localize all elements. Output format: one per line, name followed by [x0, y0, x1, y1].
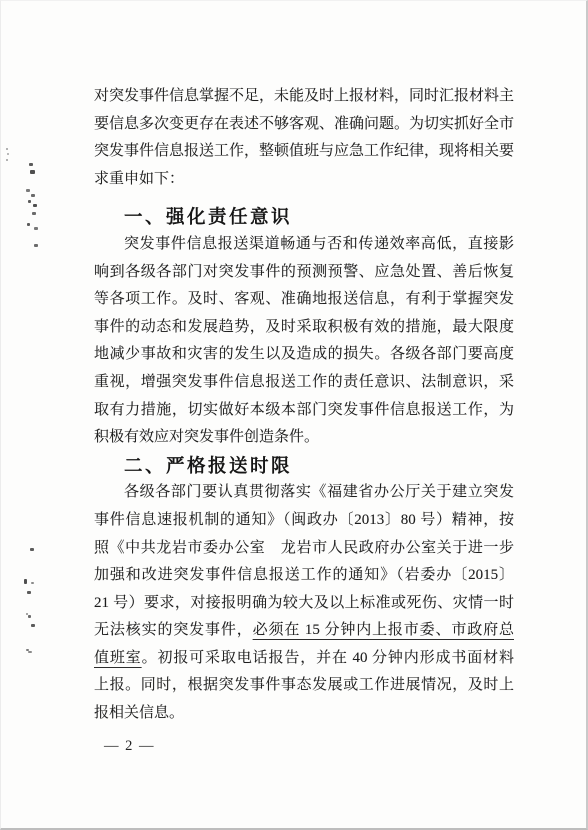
body-line: 加强和改进突发事件信息报送工作的通知》（岩委办〔2015〕 — [94, 562, 514, 590]
scanned-document-page: 对突发事件信息掌握不足，未能及时上报材料，同时汇报材料主 要信息多次变更存在表述… — [0, 0, 588, 830]
scan-speck — [30, 548, 34, 551]
scan-speck — [24, 579, 27, 584]
scan-speck — [31, 582, 34, 584]
document-text-block: 对突发事件信息掌握不足，未能及时上报材料，同时汇报材料主 要信息多次变更存在表述… — [94, 83, 514, 755]
body-line: 重视，增强突发事件信息报送工作的责任意识、法制意识，采 — [94, 369, 514, 397]
scan-speck — [27, 223, 30, 226]
page-number: — 2 — — [94, 738, 514, 755]
body-line: 上报。同时，根据突发事件事态发展或工作进展情况，及时上 — [94, 672, 514, 700]
scan-speck — [33, 204, 37, 207]
body-line: 积极有效应对突发事件创造条件。 — [94, 424, 514, 452]
section-heading-2: 二、严格报送时限 — [94, 452, 514, 480]
body-text: 。初报可采取电话报告，并在 40 分钟内形成书面材料 — [142, 650, 514, 666]
scan-speck — [31, 194, 35, 197]
scan-speck — [7, 153, 9, 155]
scan-speck — [28, 615, 31, 618]
underlined-text: 必须在 15 分钟内上报市委、市政府总 — [253, 622, 514, 638]
body-line: 响到各级各部门对突发事件的预测预警、应急处置、善后恢复 — [94, 259, 514, 287]
scan-speck — [32, 212, 36, 215]
body-line: 照《中共龙岩市委办公室 龙岩市人民政府办公室关于进一步 — [94, 535, 514, 563]
body-line: 取有力措施，切实做好本级本部门突发事件信息报送工作，为 — [94, 397, 514, 425]
section-heading-1: 一、强化责任意识 — [94, 203, 514, 231]
body-line: 事件信息速报机制的通知》（闽政办〔2013〕80 号）精神，按 — [94, 507, 514, 535]
body-line: 要信息多次变更存在表述不够客观、准确问题。为切实抓好全市 — [94, 111, 514, 139]
body-line-with-underline: 无法核实的突发事件，必须在 15 分钟内上报市委、市政府总 — [94, 617, 514, 645]
scan-speck — [34, 244, 38, 247]
body-line: 求重申如下： — [94, 166, 514, 194]
body-line: 突发事件信息报送工作，整顿值班与应急工作纪律，现将相关要 — [94, 138, 514, 166]
body-line: 各级各部门要认真贯彻落实《福建省办公厅关于建立突发 — [94, 479, 514, 507]
scan-speck — [6, 148, 8, 150]
body-line: 等各项工作。及时、客观、准确地报送信息，有利于掌握突发 — [94, 286, 514, 314]
body-text: 无法核实的突发事件， — [94, 622, 253, 638]
body-line: 对突发事件信息掌握不足，未能及时上报材料，同时汇报材料主 — [94, 83, 514, 111]
scan-speck — [31, 624, 35, 627]
body-line-with-underline: 值班室。初报可采取电话报告，并在 40 分钟内形成书面材料 — [94, 645, 514, 673]
scan-speck — [28, 651, 32, 653]
body-line: 21 号）要求，对接报明确为较大及以上标准或死伤、灾情一时 — [94, 590, 514, 618]
scan-speck — [26, 189, 30, 192]
scan-speck — [28, 200, 31, 203]
underlined-text: 值班室 — [94, 650, 142, 666]
body-line: 事件的动态和发展趋势，及时采取积极有效的措施，最大限度 — [94, 314, 514, 342]
body-line: 报相关信息。 — [94, 700, 514, 728]
scan-speck — [6, 159, 8, 161]
scan-speck — [34, 227, 38, 230]
scan-speck — [29, 163, 33, 166]
scan-speck — [27, 591, 31, 594]
body-line: 地减少事故和灾害的发生以及造成的损失。各级各部门要高度 — [94, 341, 514, 369]
body-line: 突发事件信息报送渠道畅通与否和传递效率高低，直接影 — [94, 231, 514, 259]
scan-speck — [30, 170, 35, 174]
